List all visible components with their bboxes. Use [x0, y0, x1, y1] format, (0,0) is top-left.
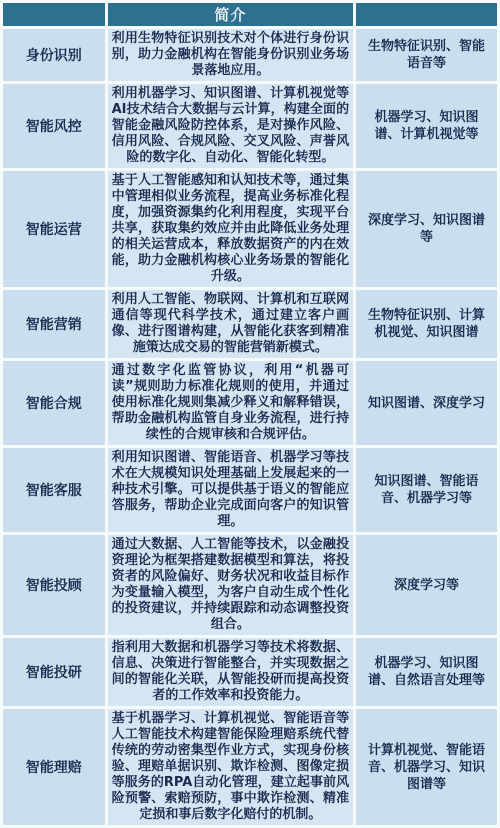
- tech-cell: 机器学习、知识图谱、计算机视觉等: [356, 84, 497, 168]
- category-cell: 智能客服: [3, 448, 105, 532]
- header-cell-tech: [356, 3, 497, 26]
- finance-ai-applications-table: 简介 身份识别 利用生物特征识别技术对个体进行身份识别，助力金融机构在智能身份识…: [0, 0, 500, 828]
- category-cell: 智能投顾: [3, 535, 105, 635]
- category-cell: 身份识别: [3, 29, 105, 81]
- category-cell: 智能投研: [3, 638, 105, 706]
- description-cell: 通过大数据、人工智能等技术，以金融投资理论为框架搭建数据模型和算法，将投资者的风…: [108, 535, 354, 635]
- tech-cell: 知识图谱、智能语音、机器学习等: [356, 448, 497, 532]
- description-cell: 通过数字化监管协议，利用“机器可读”规则助力标准化规则的使用，并通过使用标准化规…: [108, 361, 354, 445]
- description-cell: 基于人工智能感知和认知技术等，通过集中管理相似业务流程，提高业务标准化程度，加强…: [108, 171, 354, 287]
- tech-cell: 生物特征识别、智能语音等: [356, 29, 497, 81]
- header-cell-intro: 简介: [108, 3, 354, 26]
- description-cell: 基于机器学习、计算机视觉、智能语音等人工智能技术构建智能保险理赔系统代替传统的劳…: [108, 709, 354, 825]
- tech-cell: 机器学习、知识图谱、自然语言处理等: [356, 638, 497, 706]
- table-row: 智能运营 基于人工智能感知和认知技术等，通过集中管理相似业务流程，提高业务标准化…: [3, 171, 497, 287]
- table-row: 智能营销 利用人工智能、物联网、计算机和互联网通信等现代科学技术，通过建立客户画…: [3, 290, 497, 358]
- table-row: 智能投研 指利用大数据和机器学习等技术将数据、信息、决策进行智能整合，并实现数据…: [3, 638, 497, 706]
- category-cell: 智能运营: [3, 171, 105, 287]
- table-row: 智能投顾 通过大数据、人工智能等技术，以金融投资理论为框架搭建数据模型和算法，将…: [3, 535, 497, 635]
- description-cell: 指利用大数据和机器学习等技术将数据、信息、决策进行智能整合，并实现数据之间的智能…: [108, 638, 354, 706]
- tech-cell: 知识图谱、深度学习: [356, 361, 497, 445]
- category-cell: 智能风控: [3, 84, 105, 168]
- tech-cell: 深度学习、知识图谱等: [356, 171, 497, 287]
- table-row: 智能合规 通过数字化监管协议，利用“机器可读”规则助力标准化规则的使用，并通过使…: [3, 361, 497, 445]
- description-cell: 利用机器学习、知识图谱、计算机视觉等AI技术结合大数据与云计算，构建全面的智能金…: [108, 84, 354, 168]
- table-row: 身份识别 利用生物特征识别技术对个体进行身份识别，助力金融机构在智能身份识别业务…: [3, 29, 497, 81]
- header-row: 简介: [3, 3, 497, 26]
- page: 简介 身份识别 利用生物特征识别技术对个体进行身份识别，助力金融机构在智能身份识…: [0, 0, 500, 828]
- category-cell: 智能合规: [3, 361, 105, 445]
- category-cell: 智能理赔: [3, 709, 105, 825]
- table-row: 智能理赔 基于机器学习、计算机视觉、智能语音等人工智能技术构建智能保险理赔系统代…: [3, 709, 497, 825]
- category-cell: 智能营销: [3, 290, 105, 358]
- table-row: 智能客服 利用知识图谱、智能语音、机器学习等技术在大规模知识处理基础上发展起来的…: [3, 448, 497, 532]
- table-row: 智能风控 利用机器学习、知识图谱、计算机视觉等AI技术结合大数据与云计算，构建全…: [3, 84, 497, 168]
- tech-cell: 深度学习等: [356, 535, 497, 635]
- description-cell: 利用生物特征识别技术对个体进行身份识别，助力金融机构在智能身份识别业务场景落地应…: [108, 29, 354, 81]
- description-cell: 利用知识图谱、智能语音、机器学习等技术在大规模知识处理基础上发展起来的一种技术引…: [108, 448, 354, 532]
- header-cell-category: [3, 3, 105, 26]
- tech-cell: 计算机视觉、智能语音、机器学习、知识图谱等: [356, 709, 497, 825]
- tech-cell: 生物特征识别、计算机视觉、知识图谱: [356, 290, 497, 358]
- description-cell: 利用人工智能、物联网、计算机和互联网通信等现代科学技术，通过建立客户画像、进行图…: [108, 290, 354, 358]
